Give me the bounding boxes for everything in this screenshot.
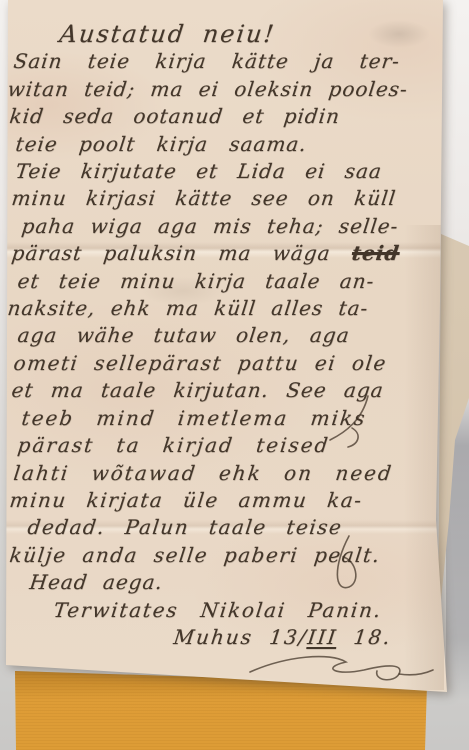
scanned-letter-page: Austatud neiu! Sain teie kirja kätte ja … (0, 0, 469, 750)
letter-word-segment: kid seda ootanud et pidin (8, 104, 341, 128)
letter-word-segment: Austatud neiu! (58, 20, 277, 48)
letter-line: lahti wõtawad ehk on need (12, 460, 461, 487)
letter-word-segment: pärast ta kirjad teised (16, 433, 331, 457)
letter-word-segment: külje anda selle paberi pealt. (8, 543, 382, 567)
letter-line: Head aega. (28, 569, 461, 596)
letter-word-segment: minu kirjasi kätte see on küll (10, 186, 397, 210)
letter-word-segment: III (306, 625, 339, 649)
letter-line: Muhus 13/III 18. (172, 624, 461, 651)
letter-line: Teie kirjutate et Lida ei saa (14, 158, 461, 185)
letter-line: paha wiga aga mis teha; selle- (20, 213, 461, 240)
letter-line: dedad. Palun taale teise (26, 514, 461, 541)
letter-line: minu kirjasi kätte see on küll (10, 185, 461, 212)
letter-word-segment: minu kirjata üle ammu ka- (8, 488, 364, 512)
letter-line: ometi sellepärast pattu ei ole (12, 350, 461, 377)
letter-line: et teie minu kirja taale an- (16, 268, 461, 295)
letter-word-segment: lahti wõtawad ehk on need (12, 461, 394, 485)
letter-word-segment: 18. (336, 625, 393, 649)
letter-text: Austatud neiu! Sain teie kirja kätte ja … (0, 21, 458, 651)
letter-word-segment: dedad. Palun taale teise (26, 515, 344, 539)
letter-word-segment: paha wiga aga mis teha; selle- (20, 214, 400, 238)
letter-word-segment: Teie kirjutate et Lida ei saa (14, 159, 383, 183)
letter-word-segment: Terwitates Nikolai Panin. (52, 598, 383, 622)
letter-word-segment: et teie minu kirja taale an- (16, 269, 376, 293)
letter-line: külje anda selle paberi pealt. (8, 542, 461, 569)
letter-line: pärast paluksin ma wäga teid (10, 240, 461, 267)
letter-word-segment: Sain teie kirja kätte ja ter- (12, 49, 401, 73)
letter-word-segment: naksite, ehk ma küll alles ta- (6, 296, 370, 320)
letter-word-segment: witan teid; ma ei oleksin pooles- (6, 77, 409, 101)
letter-line: Terwitates Nikolai Panin. (52, 597, 461, 624)
letter-word-segment: ometi sellepärast pattu ei ole (12, 351, 388, 375)
letter-word-segment: pärast paluksin ma wäga (10, 241, 353, 265)
letter-word-segment: aga wähe tutaw olen, aga (16, 323, 351, 347)
letter-line: naksite, ehk ma küll alles ta- (6, 295, 461, 322)
letter-line: teeb mind imetlema miks (20, 405, 461, 432)
letter-line: minu kirjata üle ammu ka- (8, 487, 461, 514)
letter-line: et ma taale kirjutan. See aga (10, 377, 461, 404)
letter-line: Sain teie kirja kätte ja ter- (12, 48, 461, 75)
letter-word-segment: Muhus 13/ (172, 625, 309, 649)
letter-line: Austatud neiu! (58, 21, 461, 48)
letter-line: teie poolt kirja saama. (14, 131, 461, 158)
letter-word-segment: teie poolt kirja saama. (14, 132, 308, 156)
letter-word-segment: Head aega. (28, 570, 164, 594)
letter-line: kid seda ootanud et pidin (8, 103, 461, 130)
letter-line: witan teid; ma ei oleksin pooles- (6, 76, 461, 103)
letter-word-segment: et ma taale kirjutan. See aga (10, 378, 385, 402)
letter-word-segment: teid (351, 241, 401, 265)
letter-line: pärast ta kirjad teised (16, 432, 461, 459)
letter-word-segment: teeb mind imetlema miks (20, 406, 368, 430)
letter-line: aga wähe tutaw olen, aga (16, 322, 461, 349)
